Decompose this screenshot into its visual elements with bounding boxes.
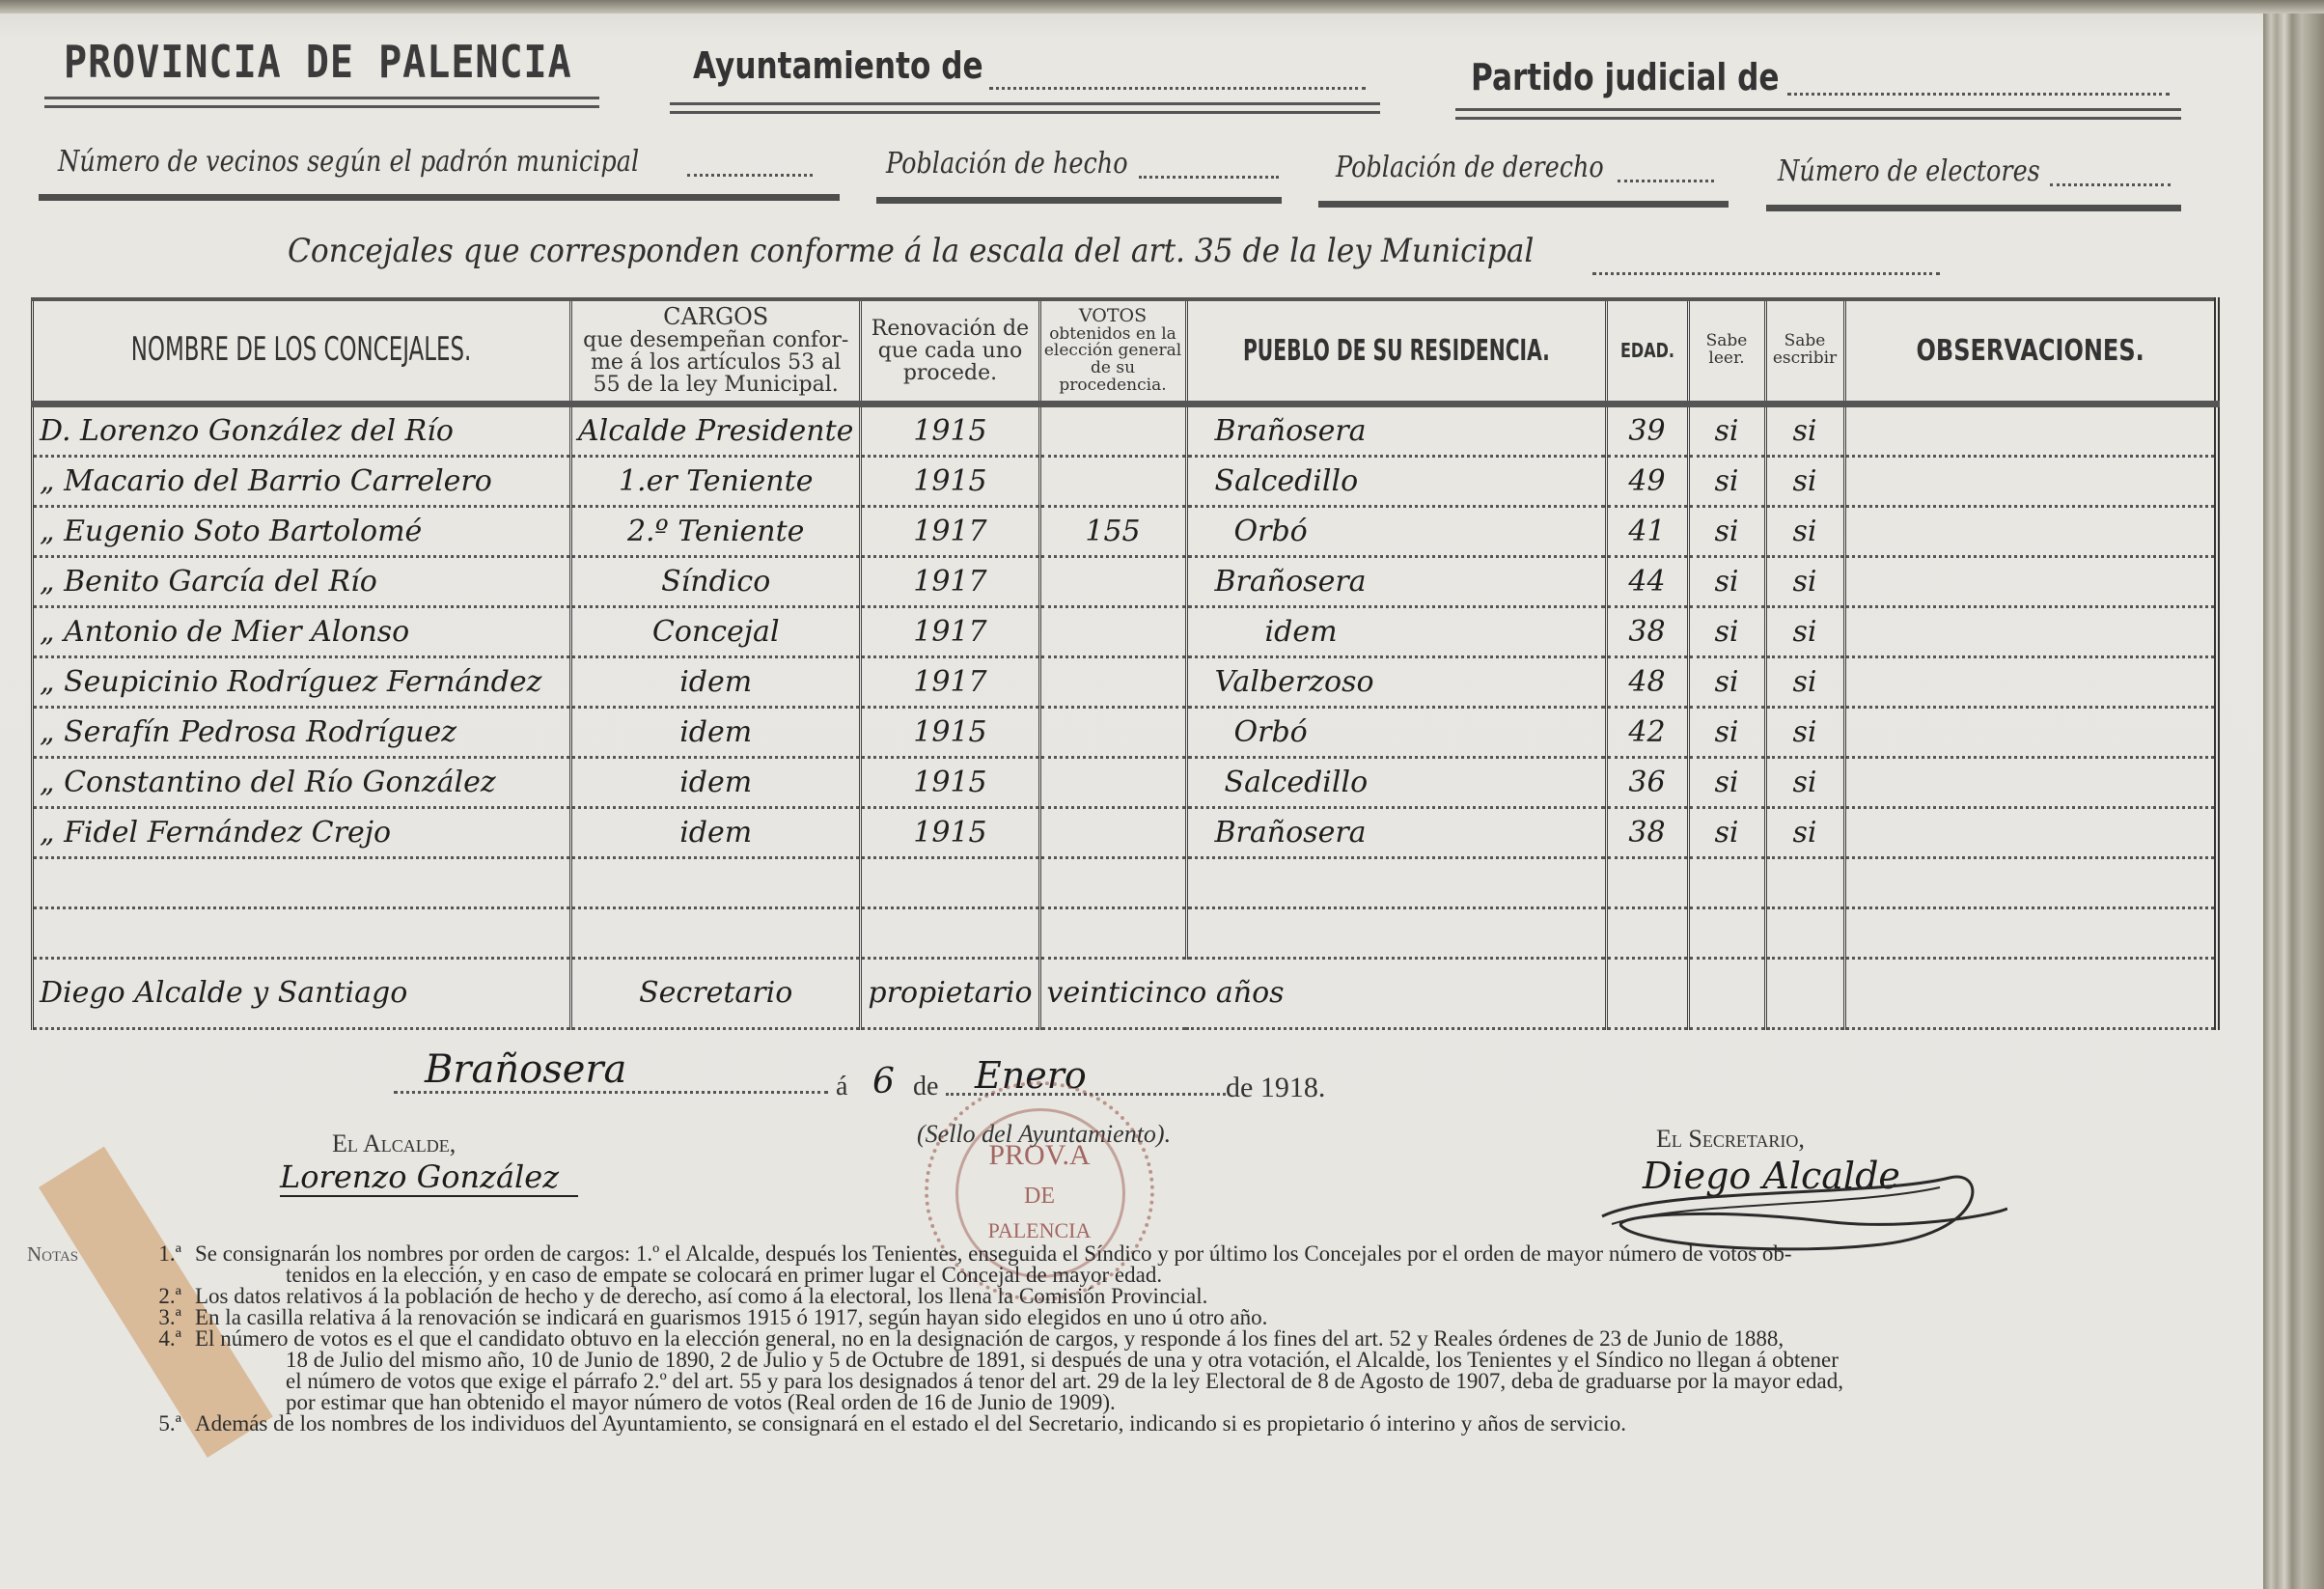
book-top-edge	[0, 0, 2324, 14]
cell-cargo[interactable]: 2.º Teniente	[571, 506, 861, 556]
cell-nombre[interactable]: D. Lorenzo González del Río	[33, 404, 571, 456]
cell-pueblo[interactable]: Salcedillo	[1186, 757, 1606, 807]
cell-nombre[interactable]: „ Serafín Pedrosa Rodríguez	[33, 707, 571, 757]
cell-renovacion[interactable]: 1917	[861, 556, 1039, 606]
table-row: „ Fidel Fernández Crejo idem 1915 Braños…	[33, 807, 2218, 857]
note-item-continued: tenidos en la elección, y en caso de emp…	[27, 1265, 2189, 1286]
table-row: D. Lorenzo González del Río Alcalde Pres…	[33, 404, 2218, 456]
note-item: Notas 1.ª Se consignarán los nombres por…	[27, 1243, 2189, 1265]
cell-nombre[interactable]	[33, 857, 571, 907]
cell-leer[interactable]: si	[1688, 556, 1765, 606]
header-observaciones: OBSERVACIONES.	[1844, 299, 2217, 404]
cell-renovacion[interactable]: 1915	[861, 757, 1039, 807]
cell-observaciones[interactable]	[1844, 707, 2217, 757]
cell-escribir[interactable]: si	[1765, 656, 1844, 707]
cell-edad[interactable]: 49	[1606, 456, 1688, 506]
cell-edad[interactable]: 41	[1606, 506, 1688, 556]
cell-empty	[1844, 958, 2217, 1028]
cell-votos[interactable]	[1039, 556, 1186, 606]
cell-escribir[interactable]: si	[1765, 506, 1844, 556]
cell-renovacion[interactable]: 1915	[861, 807, 1039, 857]
cell-pueblo[interactable]: Brañosera	[1186, 404, 1606, 456]
divider	[39, 194, 840, 201]
date-day[interactable]: 6	[872, 1062, 895, 1101]
cell-renovacion[interactable]: 1915	[861, 404, 1039, 456]
note-item: 2.ª Los datos relativos á la población d…	[27, 1286, 2189, 1307]
date-place[interactable]: Brañosera	[425, 1047, 626, 1092]
book-spine-edge	[2263, 0, 2324, 1589]
cell-nombre[interactable]: „ Macario del Barrio Carrelero	[33, 456, 571, 506]
cell-edad[interactable]: 44	[1606, 556, 1688, 606]
cell-renovacion[interactable]: 1917	[861, 656, 1039, 707]
header-votos: VOTOS obtenidos en la elección general d…	[1039, 299, 1186, 404]
cell-secretario-tipo[interactable]: propietario	[861, 958, 1039, 1028]
cell-leer[interactable]: si	[1688, 506, 1765, 556]
secretario-row: Diego Alcalde y Santiago Secretario prop…	[33, 958, 2218, 1028]
date-year: de 1918.	[1226, 1072, 1325, 1104]
cell-nombre[interactable]	[33, 907, 571, 958]
province-title: PROVINCIA DE PALENCIA	[64, 38, 572, 89]
cell-observaciones[interactable]	[1844, 556, 2217, 606]
table-row: „ Constantino del Río González idem 1915…	[33, 757, 2218, 807]
vecinos-field[interactable]	[687, 174, 813, 177]
cell-votos[interactable]	[1039, 656, 1186, 707]
cell-empty	[1688, 958, 1765, 1028]
document-page: PROVINCIA DE PALENCIA Ayuntamiento de Pa…	[0, 0, 2263, 1589]
cell-escribir[interactable]: si	[1765, 456, 1844, 506]
cell-edad[interactable]: 38	[1606, 606, 1688, 656]
table-row: „ Eugenio Soto Bartolomé 2.º Teniente 19…	[33, 506, 2218, 556]
cell-leer[interactable]: si	[1688, 606, 1765, 656]
cell-leer[interactable]: si	[1688, 807, 1765, 857]
header-sabe-escribir: Sabe escribir	[1765, 299, 1844, 404]
cell-leer[interactable]	[1688, 907, 1765, 958]
divider	[1318, 201, 1729, 208]
cell-cargo[interactable]: Alcalde Presidente	[571, 404, 861, 456]
poblacion-derecho-label: Población de derecho	[1336, 151, 1604, 184]
cell-pueblo[interactable]	[1186, 907, 1606, 958]
ayuntamiento-field[interactable]	[989, 87, 1366, 90]
table-row: „ Serafín Pedrosa Rodríguez idem 1915 Or…	[33, 707, 2218, 757]
concejales-line: Concejales que corresponden conforme á l…	[288, 232, 1534, 270]
cell-edad[interactable]: 42	[1606, 707, 1688, 757]
cell-edad[interactable]: 36	[1606, 757, 1688, 807]
cell-empty	[1765, 958, 1844, 1028]
cell-cargo[interactable]	[571, 907, 861, 958]
note-item: 5.ª Además de los nombres de los individ…	[27, 1413, 2189, 1435]
cell-cargo[interactable]: Síndico	[571, 556, 861, 606]
poblacion-derecho-field[interactable]	[1618, 180, 1714, 182]
note-item-continued: por estimar que han obtenido el mayor nú…	[27, 1392, 2189, 1413]
note-item: 3.ª En la casilla relativa á la renovaci…	[27, 1307, 2189, 1328]
note-item: 4.ª El número de votos es el que el cand…	[27, 1328, 2189, 1350]
cell-votos[interactable]: 155	[1039, 506, 1186, 556]
cell-nombre[interactable]: „ Fidel Fernández Crejo	[33, 807, 571, 857]
cell-renovacion[interactable]: 1915	[861, 456, 1039, 506]
electores-field[interactable]	[2050, 183, 2171, 186]
partido-judicial-label: Partido judicial de	[1471, 56, 1780, 98]
cell-escribir[interactable]: si	[1765, 757, 1844, 807]
cell-renovacion[interactable]: 1917	[861, 506, 1039, 556]
cell-nombre[interactable]: „ Eugenio Soto Bartolomé	[33, 506, 571, 556]
date-place-line	[394, 1091, 828, 1094]
cell-secretario-cargo[interactable]: Secretario	[571, 958, 861, 1028]
cell-votos[interactable]	[1039, 606, 1186, 656]
cell-cargo[interactable]: idem	[571, 707, 861, 757]
cell-votos[interactable]	[1039, 857, 1186, 907]
cell-escribir[interactable]	[1765, 857, 1844, 907]
poblacion-hecho-label: Población de hecho	[886, 147, 1128, 181]
header-nombre: NOMBRE DE LOS CONCEJALES.	[33, 299, 571, 404]
cell-observaciones[interactable]	[1844, 404, 2217, 456]
divider	[670, 102, 1380, 114]
cell-cargo[interactable]: Concejal	[571, 606, 861, 656]
cell-cargo[interactable]: idem	[571, 757, 861, 807]
cell-votos[interactable]	[1039, 707, 1186, 757]
table-row: „ Antonio de Mier Alonso Concejal 1917 i…	[33, 606, 2218, 656]
seal-text-top: PROV.A	[928, 1139, 1150, 1172]
table-row-empty	[33, 857, 2218, 907]
cell-nombre[interactable]: „ Benito García del Río	[33, 556, 571, 606]
concejales-table: NOMBRE DE LOS CONCEJALES. CARGOS que des…	[31, 297, 2220, 1030]
header-cargos: CARGOS que desempeñan confor- me á los a…	[571, 299, 861, 404]
cell-edad[interactable]	[1606, 857, 1688, 907]
cell-leer[interactable]: si	[1688, 707, 1765, 757]
cell-edad[interactable]: 38	[1606, 807, 1688, 857]
header-renovacion: Renovación de que cada uno procede.	[861, 299, 1039, 404]
cell-pueblo[interactable]: idem	[1186, 606, 1606, 656]
cell-pueblo[interactable]: Orbó	[1186, 707, 1606, 757]
cell-escribir[interactable]: si	[1765, 556, 1844, 606]
notes-section: Notas 1.ª Se consignarán los nombres por…	[27, 1243, 2189, 1435]
seal-text-mid: DE	[928, 1184, 1150, 1210]
cell-votos[interactable]	[1039, 757, 1186, 807]
cell-pueblo[interactable]: Salcedillo	[1186, 456, 1606, 506]
cell-renovacion[interactable]	[861, 857, 1039, 907]
table-row: „ Seupicinio Rodríguez Fernández idem 19…	[33, 656, 2218, 707]
cell-secretario-nombre[interactable]: Diego Alcalde y Santiago	[33, 958, 571, 1028]
divider	[876, 197, 1282, 204]
cell-votos[interactable]	[1039, 404, 1186, 456]
cell-nombre[interactable]: „ Constantino del Río González	[33, 757, 571, 807]
ayuntamiento-label: Ayuntamiento de	[693, 44, 983, 87]
cell-pueblo[interactable]: Brañosera	[1186, 556, 1606, 606]
table-row-empty	[33, 907, 2218, 958]
concejales-field[interactable]	[1592, 272, 1940, 275]
divider	[1455, 108, 2181, 120]
cell-observaciones[interactable]	[1844, 606, 2217, 656]
cell-cargo[interactable]	[571, 857, 861, 907]
cell-observaciones[interactable]	[1844, 807, 2217, 857]
cell-nombre[interactable]: „ Seupicinio Rodríguez Fernández	[33, 656, 571, 707]
divider	[1766, 205, 2181, 211]
cell-edad[interactable]: 48	[1606, 656, 1688, 707]
note-item-continued: 18 de Julio del mismo año, 10 de Junio d…	[27, 1350, 2189, 1371]
cell-nombre[interactable]: „ Antonio de Mier Alonso	[33, 606, 571, 656]
cell-leer[interactable]: si	[1688, 656, 1765, 707]
header-edad: EDAD.	[1606, 299, 1688, 404]
cell-pueblo[interactable]	[1186, 857, 1606, 907]
cell-observaciones[interactable]	[1844, 656, 2217, 707]
cell-observaciones[interactable]	[1844, 857, 2217, 907]
cell-leer[interactable]: si	[1688, 404, 1765, 456]
partido-judicial-field[interactable]	[1787, 93, 2170, 96]
cell-empty	[1606, 958, 1688, 1028]
cell-observaciones[interactable]	[1844, 757, 2217, 807]
cell-escribir[interactable]: si	[1765, 606, 1844, 656]
cell-observaciones[interactable]	[1844, 907, 2217, 958]
cell-escribir[interactable]: si	[1765, 807, 1844, 857]
table-row: „ Macario del Barrio Carrelero 1.er Teni…	[33, 456, 2218, 506]
cell-edad[interactable]: 39	[1606, 404, 1688, 456]
table-row: „ Benito García del Río Síndico 1917 Bra…	[33, 556, 2218, 606]
cell-observaciones[interactable]	[1844, 506, 2217, 556]
cell-leer[interactable]: si	[1688, 456, 1765, 506]
cell-edad[interactable]	[1606, 907, 1688, 958]
cell-pueblo[interactable]: Orbó	[1186, 506, 1606, 556]
note-item-continued: el número de votos que exige el párrafo …	[27, 1371, 2189, 1392]
alcalde-signature: Lorenzo González	[280, 1158, 578, 1197]
cell-escribir[interactable]	[1765, 907, 1844, 958]
divider	[44, 97, 599, 108]
cell-renovacion[interactable]: 1917	[861, 606, 1039, 656]
cell-cargo[interactable]: idem	[571, 807, 861, 857]
cell-cargo[interactable]: 1.er Teniente	[571, 456, 861, 506]
cell-renovacion[interactable]	[861, 907, 1039, 958]
alcalde-label: El Alcalde,	[332, 1129, 456, 1158]
cell-cargo[interactable]: idem	[571, 656, 861, 707]
cell-pueblo[interactable]: Valberzoso	[1186, 656, 1606, 707]
vecinos-label: Número de vecinos según el padrón munici…	[58, 145, 639, 179]
cell-secretario-servicio[interactable]: veinticinco años	[1039, 958, 1606, 1028]
cell-escribir[interactable]: si	[1765, 404, 1844, 456]
cell-renovacion[interactable]: 1915	[861, 707, 1039, 757]
cell-votos[interactable]	[1039, 907, 1186, 958]
date-de: de	[913, 1072, 938, 1102]
cell-observaciones[interactable]	[1844, 456, 2217, 506]
cell-escribir[interactable]: si	[1765, 707, 1844, 757]
cell-pueblo[interactable]: Brañosera	[1186, 807, 1606, 857]
cell-votos[interactable]	[1039, 807, 1186, 857]
seal-text-bottom: PALENCIA	[928, 1218, 1150, 1243]
date-a: á	[836, 1072, 847, 1102]
electores-label: Número de electores	[1778, 154, 2040, 188]
notes-lead: Notas	[27, 1243, 124, 1265]
cell-leer[interactable]: si	[1688, 757, 1765, 807]
cell-votos[interactable]	[1039, 456, 1186, 506]
header-pueblo: PUEBLO DE SU RESIDENCIA.	[1186, 299, 1606, 404]
poblacion-hecho-field[interactable]	[1139, 176, 1279, 179]
header-sabe-leer: Sabe leer.	[1688, 299, 1765, 404]
cell-leer[interactable]	[1688, 857, 1765, 907]
